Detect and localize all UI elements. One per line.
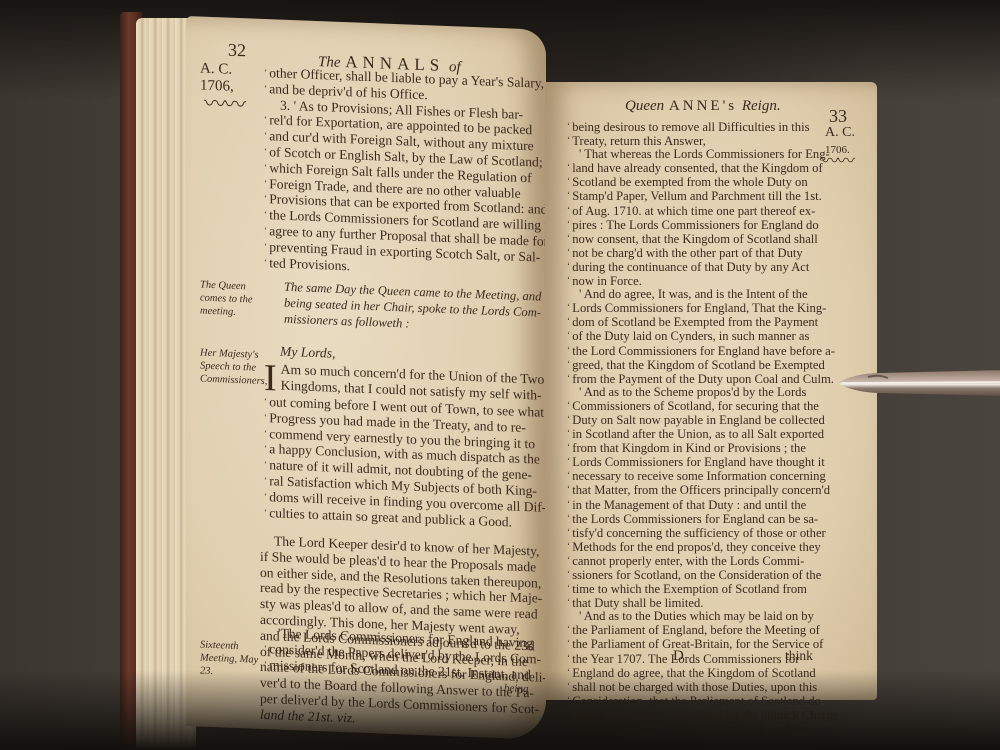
salutation: My Lords,: [280, 344, 335, 362]
catchword-right: think: [785, 648, 813, 664]
left-page: 32 The ANNALS of A. C. 1706, 〰〰 other Of…: [186, 16, 546, 740]
knife-blade-icon: [838, 368, 1000, 398]
right-page: Queen ANNE's Reign. 33 A. C. 1706. 〰〰 be…: [545, 82, 877, 700]
catchword-left: being: [504, 682, 528, 695]
queen-intro: The same Day the Queen came to the Meeti…: [284, 280, 541, 337]
page-number-left: 32: [228, 40, 246, 62]
running-head-right: Queen ANNE's Reign.: [625, 98, 781, 115]
queen-speech: I Am so much concern'd for the Union of …: [264, 361, 554, 532]
margin-note-sixteenth-meeting: Sixteenth Meeting, May 23.: [200, 639, 262, 680]
margin-note-speech: Her Majesty's Speech to the Commissioner…: [200, 347, 262, 388]
signature-mark: D: [673, 648, 684, 665]
margin-note-queen-comes: The Queen comes to the meeting.: [200, 279, 262, 320]
handwritten-brace-icon: 〰〰: [204, 99, 244, 111]
left-text-block-1: other Officer, shall be liable to pay a …: [264, 65, 555, 282]
dropcap: I: [264, 362, 277, 394]
